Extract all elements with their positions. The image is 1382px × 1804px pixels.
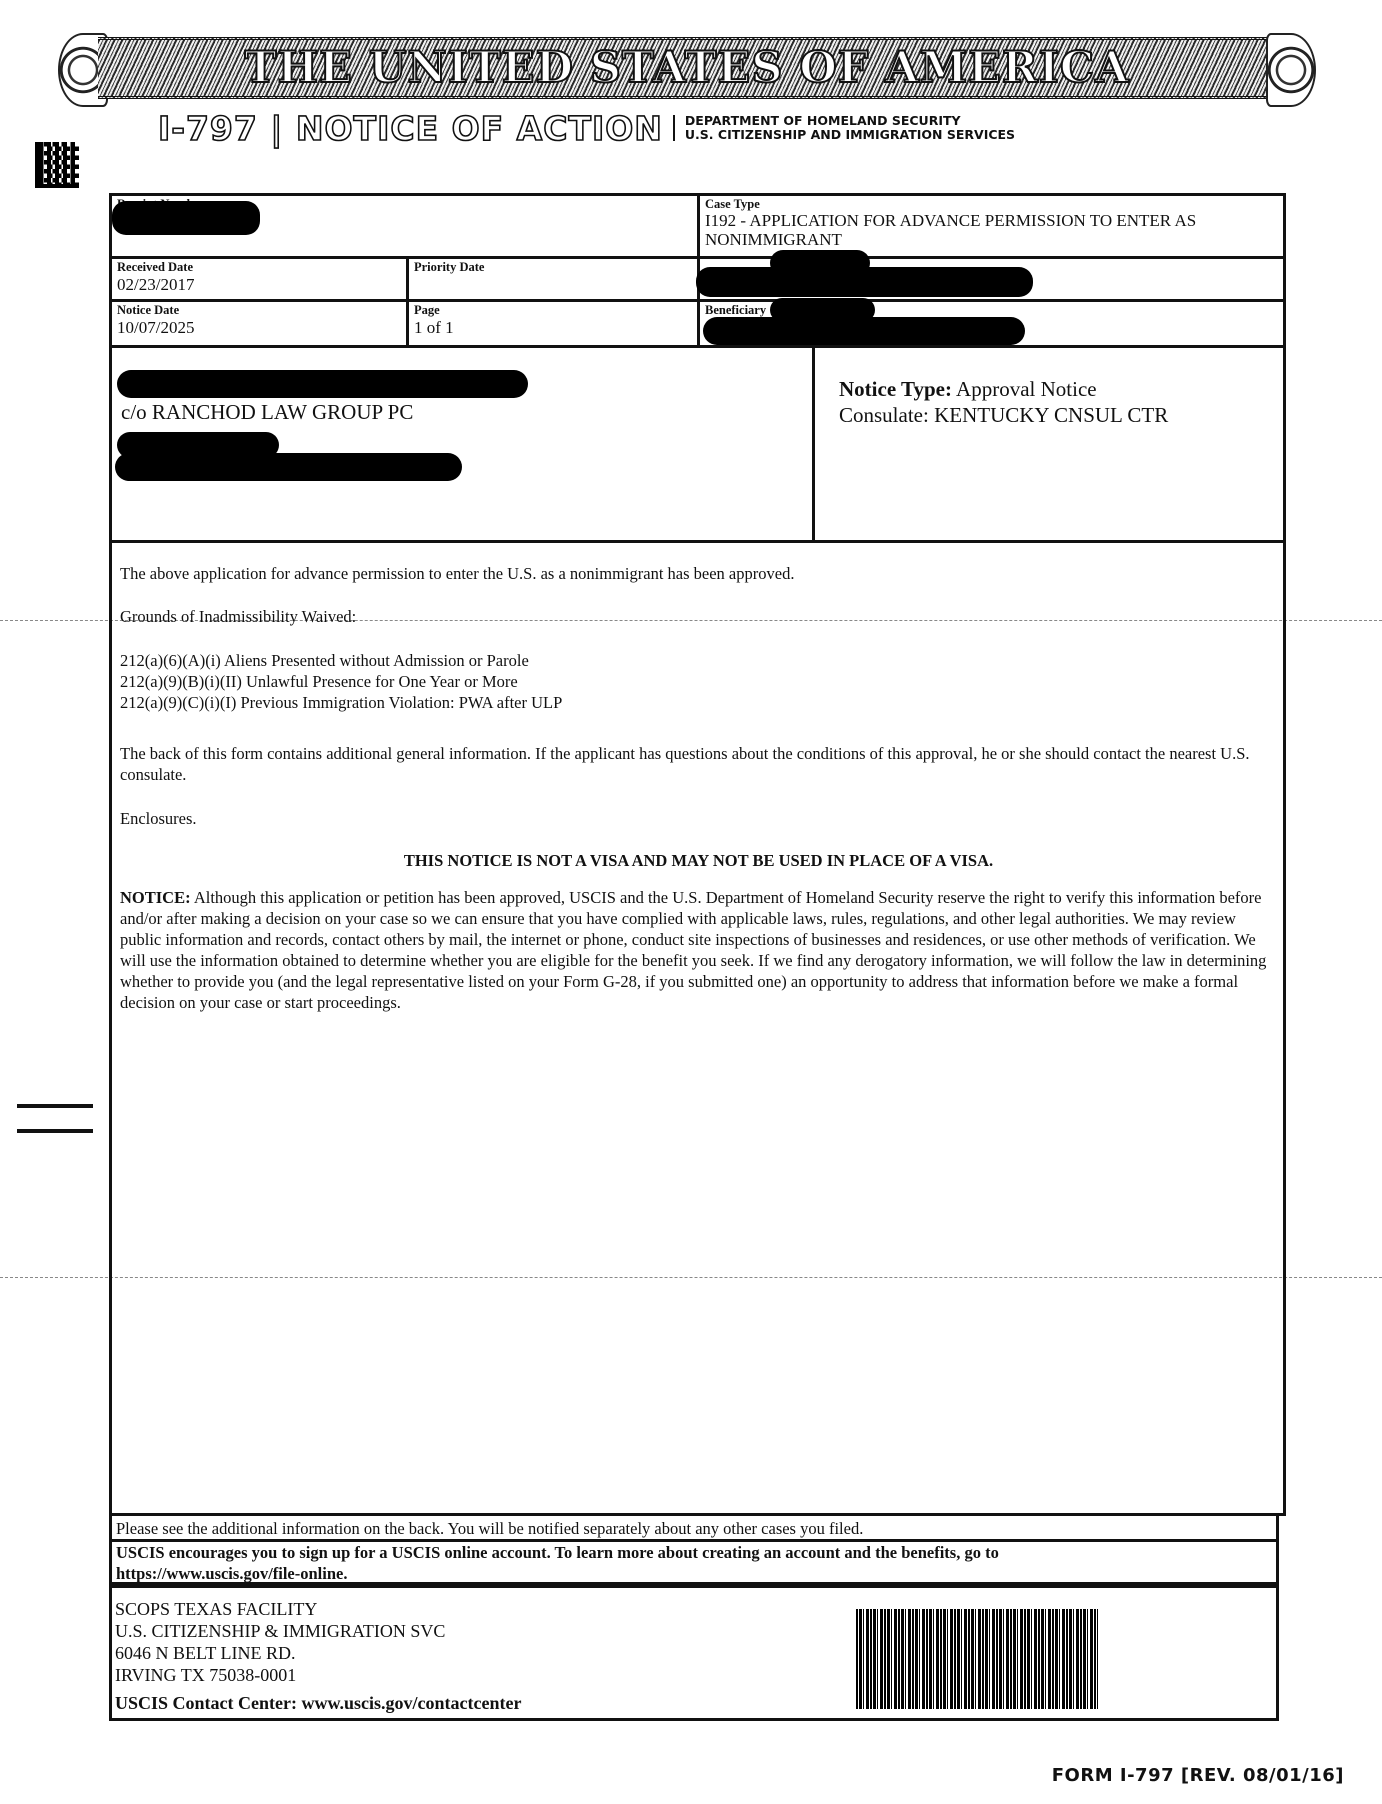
grounds-list: 212(a)(6)(A)(i) Aliens Presented without… — [120, 650, 1265, 713]
contact-center: USCIS Contact Center: www.uscis.gov/cont… — [115, 1692, 521, 1714]
title-divider — [673, 115, 675, 141]
notice-date-value: 10/07/2025 — [117, 318, 194, 337]
notice-type-line: Notice Type: Approval Notice — [839, 376, 1097, 402]
priority-date-field: Priority Date — [409, 259, 697, 299]
form-header: I-797 | NOTICE OF ACTION DEPARTMENT OF H… — [158, 108, 1015, 148]
notice-info: Notice Type: Approval Notice Consulate: … — [815, 348, 1286, 540]
edge-mark — [17, 1104, 93, 1108]
department-line-1: DEPARTMENT OF HOMELAND SECURITY — [685, 113, 961, 128]
redaction-block — [115, 453, 462, 481]
notice-type-label: Notice Type: — [839, 377, 952, 401]
service-center-address: SCOPS TEXAS FACILITY U.S. CITIZENSHIP & … — [115, 1598, 521, 1714]
service-center-box: SCOPS TEXAS FACILITY U.S. CITIZENSHIP & … — [109, 1585, 1279, 1721]
applicant-field — [700, 259, 1286, 299]
redaction-block — [696, 267, 1033, 297]
care-of-line: c/o RANCHOD LAW GROUP PC — [121, 400, 413, 425]
notice-paragraph: NOTICE: Although this application or pet… — [120, 887, 1270, 1013]
notice-date-label: Notice Date — [117, 304, 179, 317]
edge-mark — [17, 1129, 93, 1133]
department-line-2: U.S. CITIZENSHIP AND IMMIGRATION SERVICE… — [685, 127, 1015, 142]
additional-info-text: Please see the additional information on… — [112, 1516, 1276, 1539]
redaction-block — [703, 317, 1025, 345]
received-date-value: 02/23/2017 — [117, 275, 194, 294]
consulate-line: Consulate: KENTUCKY CNSUL CTR — [839, 402, 1168, 428]
banner-title: THE UNITED STATES OF AMERICA — [118, 43, 1256, 93]
ground-item: 212(a)(9)(C)(i)(I) Previous Immigration … — [120, 692, 1265, 713]
row-divider — [109, 540, 1286, 543]
ground-item: 212(a)(9)(B)(i)(II) Unlawful Presence fo… — [120, 671, 1265, 692]
ornament-right-icon — [1266, 33, 1316, 107]
address-line: 6046 N BELT LINE RD. — [115, 1642, 521, 1664]
priority-date-label: Priority Date — [414, 261, 484, 274]
datamatrix-code-icon — [35, 142, 79, 188]
online-account-row: USCIS encourages you to sign up for a US… — [109, 1542, 1279, 1585]
form-revision: FORM I-797 [REV. 08/01/16] — [1052, 1765, 1344, 1786]
beneficiary-label: Beneficiary — [705, 304, 766, 317]
grounds-heading: Grounds of Inadmissibility Waived: — [120, 606, 1265, 627]
page-value: 1 of 1 — [414, 318, 454, 337]
beneficiary-field: Beneficiary — [700, 302, 1286, 345]
address-line: SCOPS TEXAS FACILITY — [115, 1598, 521, 1620]
notice-text: Although this application or petition ha… — [120, 888, 1266, 1012]
approval-statement: The above application for advance permis… — [120, 563, 1265, 584]
enclosures-text: Enclosures. — [120, 808, 1265, 829]
case-type-value: I192 - APPLICATION FOR ADVANCE PERMISSIO… — [705, 211, 1265, 249]
visa-warning: THIS NOTICE IS NOT A VISA AND MAY NOT BE… — [110, 851, 1287, 871]
redaction-block — [112, 201, 260, 235]
back-info-paragraph: The back of this form contains additiona… — [120, 743, 1265, 785]
received-date-label: Received Date — [117, 261, 193, 274]
consulate-label: Consulate: — [839, 403, 929, 427]
mailing-address: c/o RANCHOD LAW GROUP PC — [112, 348, 812, 540]
consulate-value: KENTUCKY CNSUL CTR — [934, 403, 1168, 427]
us-banner: THE UNITED STATES OF AMERICA — [58, 33, 1316, 103]
received-date-field: Received Date 02/23/2017 — [112, 259, 406, 299]
ground-item: 212(a)(6)(A)(i) Aliens Presented without… — [120, 650, 1265, 671]
online-account-text: USCIS encourages you to sign up for a US… — [112, 1542, 1180, 1584]
notice-type-value: Approval Notice — [956, 377, 1097, 401]
page-field: Page 1 of 1 — [409, 302, 697, 345]
address-line: IRVING TX 75038-0001 — [115, 1664, 521, 1686]
page-label: Page — [414, 304, 440, 317]
receipt-number-field: Receipt Number — [112, 196, 697, 256]
barcode-icon — [856, 1609, 1098, 1709]
notice-label: NOTICE: — [120, 888, 191, 907]
department-name: DEPARTMENT OF HOMELAND SECURITY U.S. CIT… — [685, 114, 1015, 142]
case-type-field: Case Type I192 - APPLICATION FOR ADVANCE… — [700, 196, 1286, 256]
form-title: I-797 | NOTICE OF ACTION — [158, 109, 663, 148]
additional-info-row: Please see the additional information on… — [109, 1513, 1279, 1542]
redaction-block — [117, 370, 528, 398]
address-line: U.S. CITIZENSHIP & IMMIGRATION SVC — [115, 1620, 521, 1642]
notice-date-field: Notice Date 10/07/2025 — [112, 302, 406, 345]
case-type-label: Case Type — [705, 198, 760, 211]
